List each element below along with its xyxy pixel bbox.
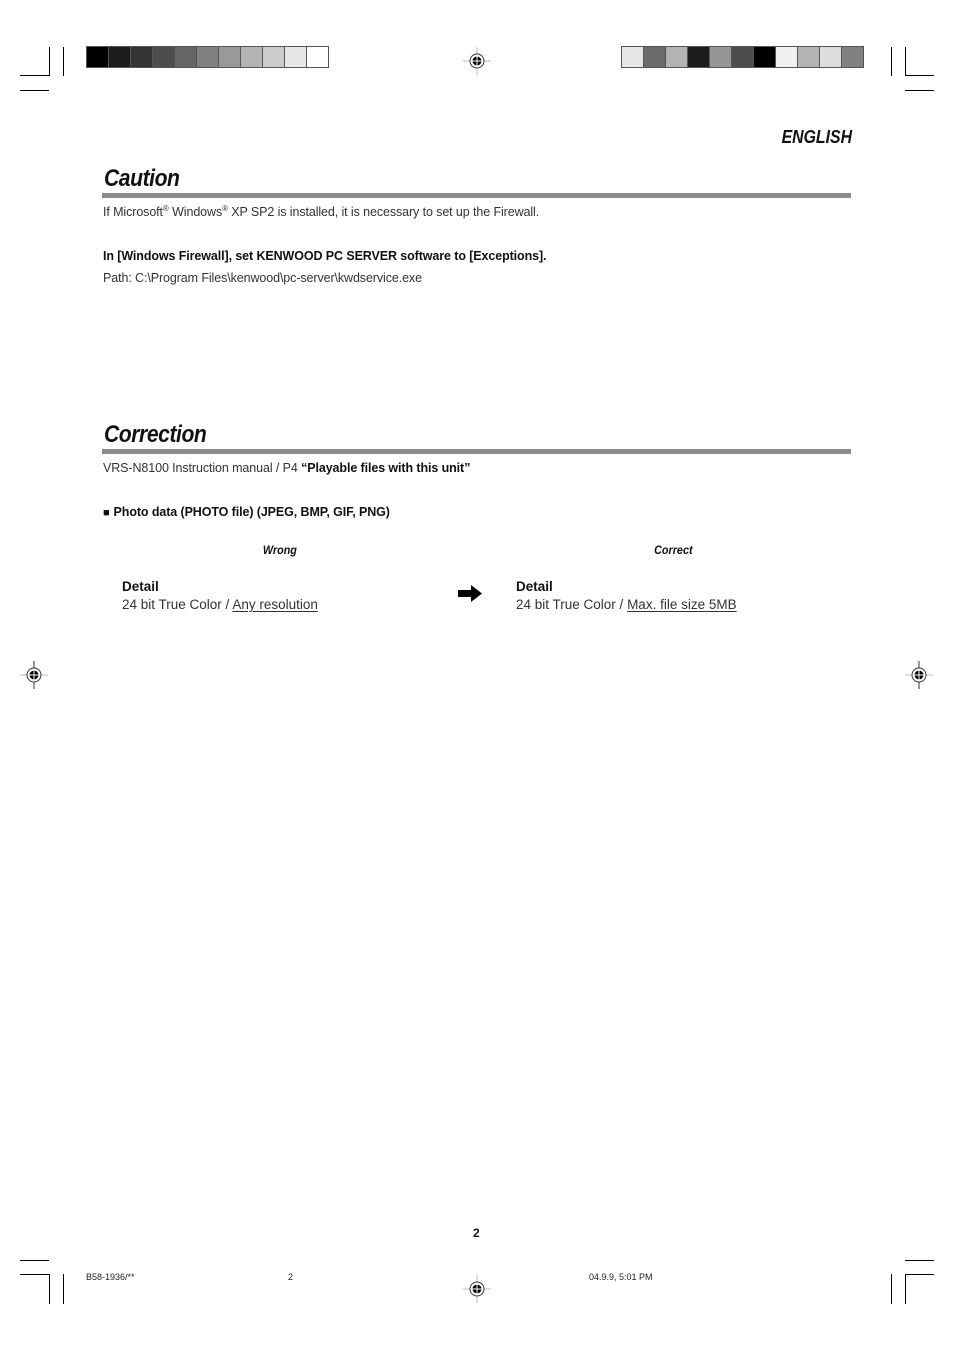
registration-mark-icon: [905, 661, 933, 689]
color-swatch: [197, 47, 218, 67]
color-swatch: [842, 47, 863, 67]
gray-scale-bar-left: [86, 46, 329, 68]
color-swatch: [131, 47, 152, 67]
correction-reference: VRS-N8100 Instruction manual / P4 “Playa…: [103, 461, 470, 475]
color-swatch: [307, 47, 328, 67]
color-swatch: [109, 47, 130, 67]
color-swatch: [263, 47, 284, 67]
color-swatch: [666, 47, 687, 67]
registration-mark-icon: [463, 1275, 491, 1303]
crop-mark: [905, 1274, 934, 1275]
caution-instruction: In [Windows Firewall], set KENWOOD PC SE…: [103, 249, 546, 263]
crop-mark: [63, 1274, 64, 1304]
color-swatch: [688, 47, 709, 67]
caution-rule: [102, 193, 851, 198]
crop-mark: [63, 47, 64, 76]
crop-mark: [20, 1274, 49, 1275]
slug-page-number: 2: [288, 1272, 293, 1282]
right-arrow-icon: [458, 585, 482, 602]
color-swatch: [219, 47, 240, 67]
correction-rule: [102, 449, 851, 454]
crop-mark: [20, 1260, 49, 1261]
color-swatch: [285, 47, 306, 67]
color-swatch: [710, 47, 731, 67]
crop-mark: [49, 1274, 50, 1304]
color-swatch: [644, 47, 665, 67]
language-label: ENGLISH: [782, 127, 852, 148]
color-swatch: [175, 47, 196, 67]
crop-mark: [905, 1260, 934, 1261]
registration-mark-icon: [20, 661, 48, 689]
page-number: 2: [473, 1226, 480, 1240]
registration-mark-icon: [463, 47, 491, 75]
crop-mark: [905, 75, 934, 76]
bullet-square-icon: ■: [103, 507, 110, 519]
crop-mark: [49, 47, 50, 76]
correct-detail: Detail 24 bit True Color / Max. file siz…: [516, 578, 737, 614]
color-swatch: [87, 47, 108, 67]
crop-mark: [891, 47, 892, 76]
document-code: B58-1936/**: [86, 1272, 135, 1282]
wrong-detail: Detail 24 bit True Color / Any resolutio…: [122, 578, 318, 614]
crop-mark: [20, 90, 49, 91]
section-title: ■Photo data (PHOTO file) (JPEG, BMP, GIF…: [103, 505, 390, 519]
caution-path: Path: C:\Program Files\kenwood\pc-server…: [103, 271, 422, 285]
crop-mark: [905, 1274, 906, 1304]
correction-heading: Correction: [104, 421, 206, 449]
caution-intro: If Microsoft® Windows® XP SP2 is install…: [103, 205, 539, 219]
correct-heading: Correct: [654, 543, 692, 557]
color-swatch: [776, 47, 797, 67]
crop-mark: [905, 47, 906, 76]
color-swatch: [820, 47, 841, 67]
color-swatch: [622, 47, 643, 67]
crop-mark: [20, 75, 49, 76]
color-swatch: [241, 47, 262, 67]
color-swatch: [798, 47, 819, 67]
caution-heading: Caution: [104, 165, 180, 193]
color-swatch: [732, 47, 753, 67]
wrong-heading: Wrong: [263, 543, 297, 557]
gray-scale-bar-right: [621, 46, 864, 68]
color-swatch: [754, 47, 775, 67]
crop-mark: [905, 90, 934, 91]
color-swatch: [153, 47, 174, 67]
crop-mark: [891, 1274, 892, 1304]
print-timestamp: 04.9.9, 5:01 PM: [589, 1272, 653, 1282]
